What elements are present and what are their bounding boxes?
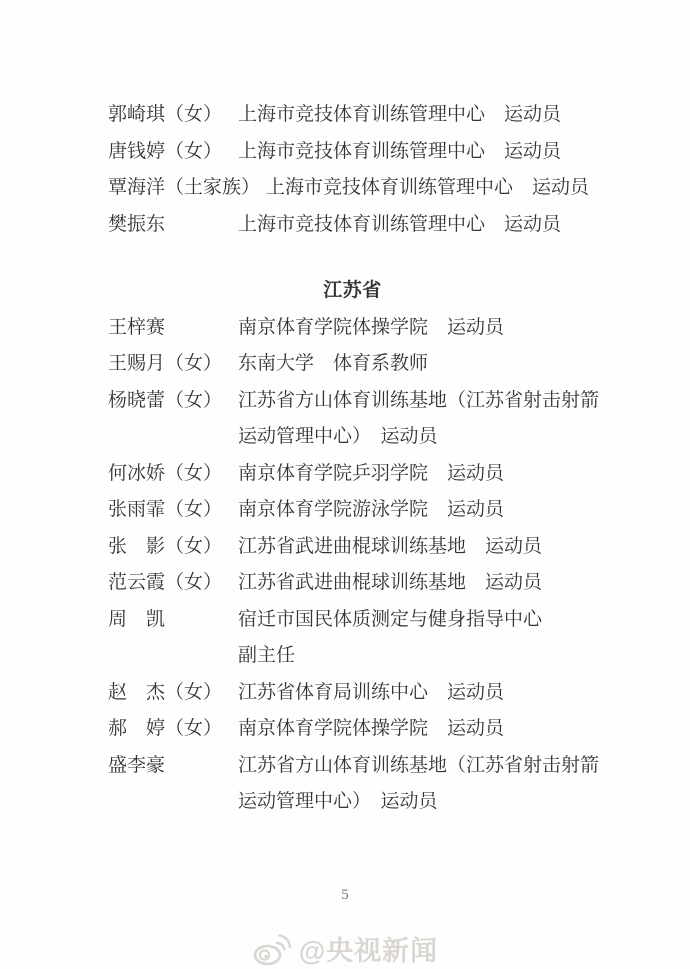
person-affiliation-role: 南京体育学院体操学院 运动员: [238, 711, 613, 748]
person-affiliation-role: 江苏省方山体育训练基地（江苏省射击射箭 运动管理中心） 运动员: [238, 383, 613, 456]
list-row: 郝 婷（女）南京体育学院体操学院 运动员: [108, 711, 613, 748]
list-row: 赵 杰（女）江苏省体育局训练中心 运动员: [108, 675, 613, 712]
weibo-icon: [252, 931, 292, 967]
person-name: 王赐月（女）: [108, 346, 232, 383]
person-name: 王梓赛: [108, 310, 232, 347]
person-name: 覃海洋（土家族）: [108, 170, 260, 207]
person-name: 何冰娇（女）: [108, 456, 232, 493]
person-affiliation-role: 上海市竞技体育训练管理中心 运动员: [266, 170, 613, 207]
person-affiliation-role: 上海市竞技体育训练管理中心 运动员: [238, 134, 613, 171]
list-row: 何冰娇（女）南京体育学院乒羽学院 运动员: [108, 456, 613, 493]
person-affiliation-role: 江苏省武进曲棍球训练基地 运动员: [238, 529, 613, 566]
person-affiliation-role: 上海市竞技体育训练管理中心 运动员: [238, 97, 613, 134]
award-list: 郭崎琪（女）上海市竞技体育训练管理中心 运动员唐钱婷（女）上海市竞技体育训练管理…: [108, 97, 613, 821]
list-row: 周 凯宿迁市国民体质测定与健身指导中心 副主任: [108, 602, 613, 675]
person-name: 周 凯: [108, 602, 232, 639]
person-affiliation-role: 上海市竞技体育训练管理中心 运动员: [238, 207, 613, 244]
list-row: 樊振东上海市竞技体育训练管理中心 运动员: [108, 207, 613, 244]
list-row: 范云霞（女）江苏省武进曲棍球训练基地 运动员: [108, 565, 613, 602]
person-name: 郝 婷（女）: [108, 711, 232, 748]
person-name: 杨晓蕾（女）: [108, 383, 232, 420]
page-number: 5: [0, 887, 690, 904]
person-affiliation-role: 南京体育学院游泳学院 运动员: [238, 492, 613, 529]
person-name: 盛李豪: [108, 748, 232, 785]
list-row: 王梓赛南京体育学院体操学院 运动员: [108, 310, 613, 347]
list-row: 覃海洋（土家族）上海市竞技体育训练管理中心 运动员: [108, 170, 613, 207]
person-affiliation-role: 江苏省方山体育训练基地（江苏省射击射箭 运动管理中心） 运动员: [238, 748, 613, 821]
person-name: 范云霞（女）: [108, 565, 232, 602]
person-affiliation-role: 江苏省体育局训练中心 运动员: [238, 675, 613, 712]
person-name: 唐钱婷（女）: [108, 134, 232, 171]
list-row: 盛李豪江苏省方山体育训练基地（江苏省射击射箭 运动管理中心） 运动员: [108, 748, 613, 821]
person-name: 赵 杰（女）: [108, 675, 232, 712]
list-row: 杨晓蕾（女）江苏省方山体育训练基地（江苏省射击射箭 运动管理中心） 运动员: [108, 383, 613, 456]
section-header: 江苏省: [92, 273, 613, 310]
person-affiliation-role: 宿迁市国民体质测定与健身指导中心 副主任: [238, 602, 613, 675]
list-row: 郭崎琪（女）上海市竞技体育训练管理中心 运动员: [108, 97, 613, 134]
person-affiliation-role: 南京体育学院乒羽学院 运动员: [238, 456, 613, 493]
list-row: 张雨霏（女）南京体育学院游泳学院 运动员: [108, 492, 613, 529]
document-page: 郭崎琪（女）上海市竞技体育训练管理中心 运动员唐钱婷（女）上海市竞技体育训练管理…: [0, 0, 690, 969]
person-name: 郭崎琪（女）: [108, 97, 232, 134]
watermark-handle: @央视新闻: [299, 929, 438, 968]
list-row: 王赐月（女）东南大学 体育系教师: [108, 346, 613, 383]
list-row: 唐钱婷（女）上海市竞技体育训练管理中心 运动员: [108, 134, 613, 171]
list-row: 张 影（女）江苏省武进曲棍球训练基地 运动员: [108, 529, 613, 566]
person-name: 张 影（女）: [108, 529, 232, 566]
person-affiliation-role: 东南大学 体育系教师: [238, 346, 613, 383]
person-affiliation-role: 江苏省武进曲棍球训练基地 运动员: [238, 565, 613, 602]
person-affiliation-role: 南京体育学院体操学院 运动员: [238, 310, 613, 347]
person-name: 樊振东: [108, 207, 232, 244]
person-name: 张雨霏（女）: [108, 492, 232, 529]
watermark: @央视新闻: [0, 929, 690, 968]
